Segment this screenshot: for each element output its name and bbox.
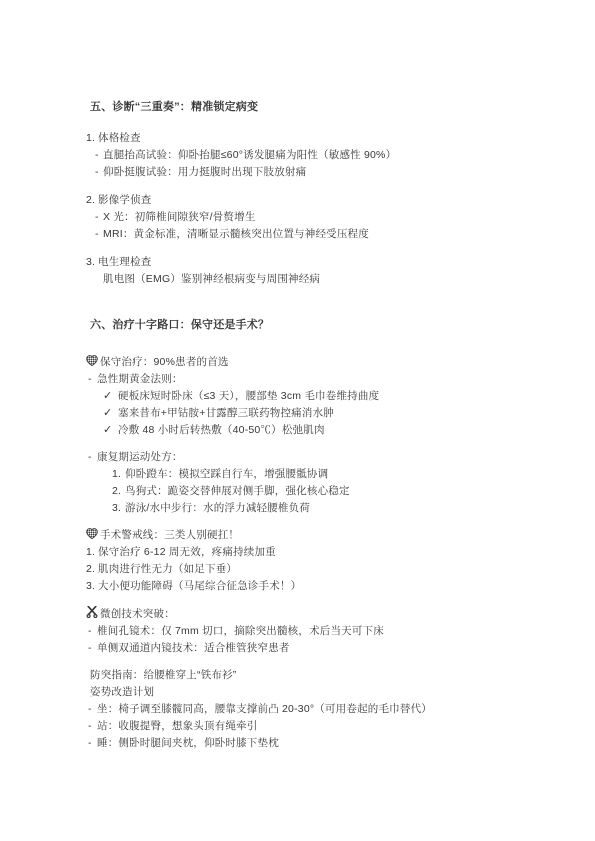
text-line: -单侧双通道内镜技术：适合椎管狭窄患者	[0, 640, 595, 657]
list-marker: 3.	[86, 578, 98, 595]
line-text: 保守治疗：90%患者的首选	[100, 354, 229, 371]
text-line: ✓塞来昔布+甲钴胺+甘露醇三联药物控痛消水肿	[0, 405, 595, 422]
line-text: 鸟狗式：跪姿交替伸展对侧手脚，强化核心稳定	[125, 483, 350, 500]
text-line: 3.大小便功能障碍（马尾综合征急诊手术！）	[0, 578, 595, 595]
line-text: 睡：侧卧时腿间夹枕，仰卧时膝下垫枕	[97, 735, 279, 752]
text-line: 3.游泳/水中步行：水的浮力减轻腰椎负荷	[0, 500, 595, 517]
text-line: 姿势改造计划	[0, 684, 595, 701]
document-body: 五、诊断“三重奏”：精准锁定病变1.体格检查-直腿抬高试验：仰卧抬腿≤60°诱发…	[0, 0, 595, 752]
line-text: 仰卧蹬车：模拟空踩自行车，增强腰骶协调	[125, 466, 328, 483]
list-marker: 2.	[86, 192, 98, 209]
text-line: 手术警戒线：三类人别硬扛！	[0, 527, 595, 544]
check-icon: ✓	[103, 405, 118, 422]
paragraph-group: 1.体格检查-直腿抬高试验：仰卧抬腿≤60°诱发腿痛为阳性（敏感性 90%）-仰…	[0, 130, 595, 181]
list-marker: -	[88, 640, 97, 657]
line-text: 体格检查	[98, 130, 141, 147]
text-line: ✓硬板床短时卧床（≤3 天），腰部垫 3cm 毛巾卷维持曲度	[0, 388, 595, 405]
text-line: 保守治疗：90%患者的首选	[0, 354, 595, 371]
text-line: 2.肌肉进行性无力（如足下垂）	[0, 561, 595, 578]
document-page: 五、诊断“三重奏”：精准锁定病变1.体格检查-直腿抬高试验：仰卧抬腿≤60°诱发…	[0, 0, 595, 841]
text-line: -仰卧挺腹试验：用力挺腹时出现下肢放射痛	[0, 164, 595, 181]
list-marker: 1.	[86, 130, 98, 147]
list-marker: 2.	[86, 561, 98, 578]
section-heading: 五、诊断“三重奏”：精准锁定病变	[0, 99, 595, 116]
text-line: -坐：椅子调至膝髋同高，腰靠支撑前凸 20-30°（可用卷起的毛巾替代）	[0, 701, 595, 718]
paragraph-group: -康复期运动处方：1.仰卧蹬车：模拟空踩自行车，增强腰骶协调2.鸟狗式：跪姿交替…	[0, 449, 595, 517]
list-marker: 2.	[112, 483, 125, 500]
list-marker: -	[88, 735, 97, 752]
section-heading: 六、治疗十字路口：保守还是手术？	[0, 317, 595, 334]
line-text: 六、治疗十字路口：保守还是手术？	[90, 317, 269, 334]
paragraph-group: 3.电生理检查肌电图（EMG）鉴别神经根病变与周围神经病	[0, 254, 595, 288]
scissors-icon	[86, 606, 100, 618]
paragraph-group: 防突指南：给腰椎穿上“铁布衫”姿势改造计划-坐：椅子调至膝髋同高，腰靠支撑前凸 …	[0, 667, 595, 752]
paragraph-group: 六、治疗十字路口：保守还是手术？	[0, 317, 595, 334]
line-text: 游泳/水中步行：水的浮力减轻腰椎负荷	[125, 500, 310, 517]
text-line: -椎间孔镜术：仅 7mm 切口，摘除突出髓核，术后当天可下床	[0, 623, 595, 640]
list-marker: -	[88, 718, 97, 735]
paragraph-group: 2.影像学侦查-X 光：初筛椎间隙狭窄/骨赘增生-MRI：黄金标准，清晰显示髓核…	[0, 192, 595, 243]
list-marker: -	[88, 623, 97, 640]
check-icon: ✓	[103, 422, 118, 439]
line-text: 肌肉进行性无力（如足下垂）	[98, 561, 237, 578]
check-icon: ✓	[103, 388, 118, 405]
list-marker: -	[95, 209, 103, 226]
text-line: ✓冷敷 48 小时后转热敷（40-50℃）松弛肌肉	[0, 422, 595, 439]
list-marker: 1.	[86, 544, 98, 561]
text-line: -MRI：黄金标准，清晰显示髓核突出位置与神经受压程度	[0, 226, 595, 243]
text-line: 微创技术突破：	[0, 605, 595, 623]
paragraph-group: 手术警戒线：三类人别硬扛！1.保守治疗 6-12 周无效，疼痛持续加重2.肌肉进…	[0, 527, 595, 595]
heart-icon	[86, 355, 100, 366]
heart-icon	[86, 528, 100, 539]
line-text: 肌电图（EMG）鉴别神经根病变与周围神经病	[103, 271, 320, 288]
line-text: 急性期黄金法则：	[97, 371, 183, 388]
list-marker: 3.	[112, 500, 125, 517]
text-line: 3.电生理检查	[0, 254, 595, 271]
line-text: 姿势改造计划	[90, 684, 154, 701]
line-text: 椎间孔镜术：仅 7mm 切口，摘除突出髓核，术后当天可下床	[97, 623, 384, 640]
list-marker: -	[95, 147, 103, 164]
line-text: 硬板床短时卧床（≤3 天），腰部垫 3cm 毛巾卷维持曲度	[118, 388, 379, 405]
text-line: 防突指南：给腰椎穿上“铁布衫”	[0, 667, 595, 684]
text-line: -直腿抬高试验：仰卧抬腿≤60°诱发腿痛为阳性（敏感性 90%）	[0, 147, 595, 164]
line-text: 保守治疗 6-12 周无效，疼痛持续加重	[98, 544, 276, 561]
text-line: -康复期运动处方：	[0, 449, 595, 466]
line-text: 单侧双通道内镜技术：适合椎管狭窄患者	[97, 640, 290, 657]
line-text: MRI：黄金标准，清晰显示髓核突出位置与神经受压程度	[103, 226, 369, 243]
line-text: 大小便功能障碍（马尾综合征急诊手术！）	[98, 578, 301, 595]
line-text: 五、诊断“三重奏”：精准锁定病变	[90, 99, 258, 116]
line-text: 微创技术突破：	[100, 606, 175, 623]
line-text: X 光：初筛椎间隙狭窄/骨赘增生	[103, 209, 256, 226]
paragraph-group: 微创技术突破：-椎间孔镜术：仅 7mm 切口，摘除突出髓核，术后当天可下床-单侧…	[0, 605, 595, 657]
list-marker: 3.	[86, 254, 98, 271]
line-text: 仰卧挺腹试验：用力挺腹时出现下肢放射痛	[103, 164, 306, 181]
line-text: 防突指南：给腰椎穿上“铁布衫”	[90, 667, 237, 684]
line-text: 直腿抬高试验：仰卧抬腿≤60°诱发腿痛为阳性（敏感性 90%）	[103, 147, 396, 164]
text-line: 2.鸟狗式：跪姿交替伸展对侧手脚，强化核心稳定	[0, 483, 595, 500]
text-line: -站：收腹提臀，想象头顶有绳牵引	[0, 718, 595, 735]
line-text: 康复期运动处方：	[97, 449, 183, 466]
list-marker: -	[88, 701, 97, 718]
paragraph-group: 保守治疗：90%患者的首选-急性期黄金法则：✓硬板床短时卧床（≤3 天），腰部垫…	[0, 354, 595, 439]
text-line: 1.保守治疗 6-12 周无效，疼痛持续加重	[0, 544, 595, 561]
text-line: 肌电图（EMG）鉴别神经根病变与周围神经病	[0, 271, 595, 288]
line-text: 影像学侦查	[98, 192, 152, 209]
text-line: -X 光：初筛椎间隙狭窄/骨赘增生	[0, 209, 595, 226]
paragraph-group: 五、诊断“三重奏”：精准锁定病变	[0, 99, 595, 116]
line-text: 冷敷 48 小时后转热敷（40-50℃）松弛肌肉	[118, 422, 325, 439]
line-text: 站：收腹提臀，想象头顶有绳牵引	[97, 718, 258, 735]
list-marker: -	[95, 226, 103, 243]
text-line: 1.仰卧蹬车：模拟空踩自行车，增强腰骶协调	[0, 466, 595, 483]
text-line: -睡：侧卧时腿间夹枕，仰卧时膝下垫枕	[0, 735, 595, 752]
line-text: 手术警戒线：三类人别硬扛！	[100, 527, 239, 544]
list-marker: 1.	[112, 466, 125, 483]
list-marker: -	[88, 449, 97, 466]
line-text: 电生理检查	[98, 254, 152, 271]
list-marker: -	[95, 164, 103, 181]
text-line: 1.体格检查	[0, 130, 595, 147]
text-line: -急性期黄金法则：	[0, 371, 595, 388]
text-line: 2.影像学侦查	[0, 192, 595, 209]
line-text: 塞来昔布+甲钴胺+甘露醇三联药物控痛消水肿	[118, 405, 334, 422]
line-text: 坐：椅子调至膝髋同高，腰靠支撑前凸 20-30°（可用卷起的毛巾替代）	[97, 701, 432, 718]
list-marker: -	[88, 371, 97, 388]
